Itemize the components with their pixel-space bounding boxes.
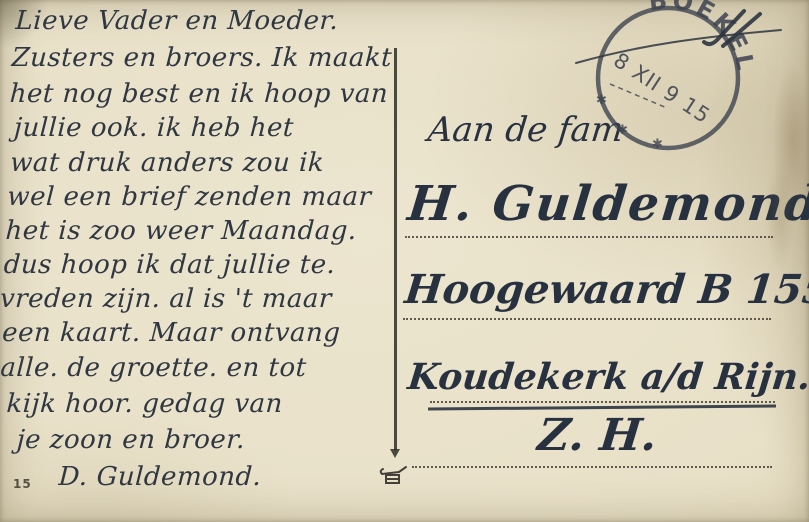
card-number: 15 [13, 477, 32, 491]
address-dotted-line [405, 236, 773, 238]
message-line: Zusters en broers. Ik maakt [11, 43, 393, 73]
address-dotted-line [403, 318, 771, 320]
message-line: dus hoop ik dat jullie te. [3, 250, 336, 280]
printer-logo-flag [381, 467, 406, 474]
message-line: Lieve Vader en Moeder. [15, 6, 339, 36]
postmark-town: BOEKEL [647, 0, 760, 75]
postmark-star-icon: ✱ [617, 123, 628, 138]
message-line: wat druk anders zou ik [9, 148, 325, 178]
address-line-town: Koudekerk a/d Rijn. [406, 356, 809, 398]
divider-line [394, 48, 397, 450]
paper-smudge [745, 40, 809, 290]
postcard-back: Lieve Vader en Moeder. Zusters en broers… [0, 0, 809, 522]
address-dotted-line [430, 401, 775, 403]
message-line: een kaart. Maar ontvang [1, 318, 341, 348]
message-line: het nog best en ik hoop van [9, 79, 389, 109]
address-dotted-line [412, 466, 772, 468]
address-line-province: Z. H. [535, 410, 659, 461]
printer-logo [377, 461, 411, 489]
message-line: kijk hoor. gedag van [6, 389, 284, 419]
message-line: je zoon en broer. [16, 425, 246, 455]
message-block: Lieve Vader en Moeder. Zusters en broers… [0, 0, 416, 522]
postmark-star-icon: ✱ [596, 93, 607, 108]
message-line: jullie ook. ik heb het [13, 113, 295, 143]
postmark-star-icon: ✱ [652, 137, 663, 152]
message-line: vreden zijn. al is 't maar [0, 284, 333, 314]
message-line: wel een brief zenden maar [7, 182, 373, 212]
svg-text:BOEKEL: BOEKEL [647, 0, 760, 75]
divider-line-tip [390, 449, 400, 458]
message-line: het is zoo weer Maandag. [5, 216, 358, 246]
message-line: alle. de groette. en tot [0, 353, 307, 383]
postmark-date: 8 XII 9 15 [609, 48, 715, 128]
message-signature: D. Guldemond. [58, 462, 262, 492]
